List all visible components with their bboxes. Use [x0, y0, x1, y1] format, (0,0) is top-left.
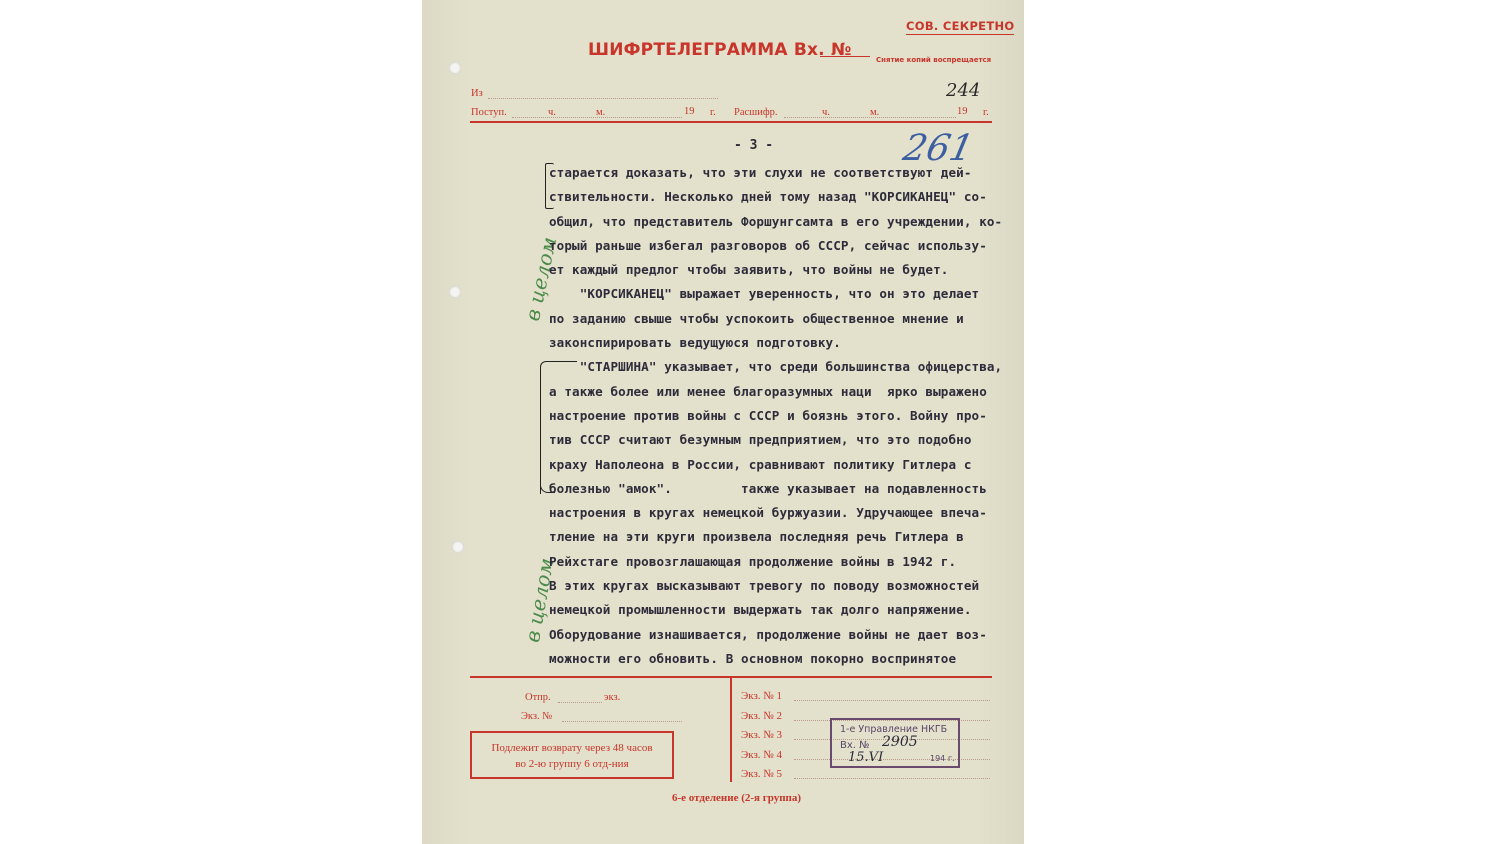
body-line: настроение против войны с СССР и боязнь …: [549, 404, 1029, 428]
body-line: Рейхстаге провозглашающая продолжение во…: [549, 550, 1029, 574]
body-line: ет каждый предлог чтобы заявить, что вой…: [549, 258, 1029, 282]
body-line: старается доказать, что эти слухи не соо…: [549, 161, 1029, 185]
copy-line: [794, 778, 990, 779]
received-label: Поступ.: [471, 107, 507, 118]
registry-stamp: 1-е Управление НКГБ Вх. № 2905 15.VI 194…: [830, 718, 960, 768]
body-line: ствительности. Несколько дней тому назад…: [549, 185, 1029, 209]
page-number: - 3 -: [734, 138, 773, 153]
body-line: "СТАРШИНА" указывает, что среди большинс…: [549, 355, 1029, 379]
copy-3-label: Экз. № 3: [741, 729, 782, 741]
body-line: по заданию свыше чтобы успокоить обществ…: [549, 307, 1029, 331]
received-year-suffix: г.: [710, 107, 716, 118]
body-line: Оборудование изнашивается, продолжение в…: [549, 623, 1029, 647]
body-line: законспирировать ведущуюся подготовку.: [549, 331, 1029, 355]
received-hour-label: ч.: [548, 107, 556, 118]
deciphered-label: Расшифр.: [734, 107, 778, 118]
title-number-line: [820, 56, 870, 57]
received-year-prefix: 19: [684, 106, 695, 117]
body-line: тление на эти круги произвела последняя …: [549, 525, 1029, 549]
document-title: ШИФРТЕЛЕГРАММА Вх. №: [588, 40, 852, 60]
from-line: [488, 98, 718, 99]
sent-line: [558, 702, 602, 703]
punch-hole: [452, 541, 464, 553]
body-line: В этих кругах высказывают тревогу по пов…: [549, 574, 1029, 598]
copy-no-label: Экз. №: [521, 711, 552, 722]
from-label: Из: [471, 88, 483, 99]
body-line: краху Наполеона в России, сравнивают пол…: [549, 453, 1029, 477]
return-notice-line: Подлежит возврату через 48 часов: [472, 740, 672, 756]
deciphered-year-suffix: г.: [983, 107, 989, 118]
body-line: немецкой промышленности выдержать так до…: [549, 598, 1029, 622]
body-line: болезнью "амок". также указывает на пода…: [549, 477, 1029, 501]
body-line: торый раньше избегал разговоров об СССР,…: [549, 234, 1029, 258]
stamp-date: 15.VI: [848, 750, 883, 765]
header-divider: [470, 121, 992, 123]
copy-4-label: Экз. № 4: [741, 749, 782, 761]
telegram-body: старается доказать, что эти слухи не соо…: [549, 161, 1029, 671]
copy-1-label: Экз. № 1: [741, 690, 782, 702]
deciphered-hour-label: ч.: [822, 107, 830, 118]
sent-label: Отпр.: [525, 692, 551, 703]
punch-hole: [449, 62, 461, 74]
return-notice-line: во 2-ю группу 6 отд-ния: [472, 756, 672, 772]
copies-label: экз.: [604, 692, 620, 703]
handwritten-number: 244: [946, 80, 980, 101]
punch-hole: [449, 286, 461, 298]
copy-5-label: Экз. № 5: [741, 768, 782, 780]
copy-notice: Снятие копий воспрещается: [876, 56, 991, 64]
department-label: 6-е отделение (2-я группа): [672, 792, 801, 804]
stamp-year: 194 г.: [930, 754, 955, 763]
body-line: настроения в кругах немецкой буржуазии. …: [549, 501, 1029, 525]
document-page: СОВ. СЕКРЕТНО ШИФРТЕЛЕГРАММА Вх. № Сняти…: [422, 0, 1024, 844]
classification-label: СОВ. СЕКРЕТНО: [906, 19, 1014, 35]
stamp-number: 2905: [882, 734, 918, 750]
footer-vertical-divider: [730, 678, 732, 782]
body-line: общил, что представитель Форшунгсамта в …: [549, 210, 1029, 234]
return-notice-box: Подлежит возврату через 48 часов во 2-ю …: [470, 731, 674, 779]
body-line: можности его обновить. В основном покорн…: [549, 647, 1029, 671]
copy-line: [794, 700, 990, 701]
copy-no-line: [562, 721, 682, 722]
body-line: тив СССР считают безумным предприятием, …: [549, 428, 1029, 452]
deciphered-year-prefix: 19: [957, 106, 968, 117]
body-line: а также более или менее благоразумных на…: [549, 380, 1029, 404]
copy-2-label: Экз. № 2: [741, 710, 782, 722]
body-line: "КОРСИКАНЕЦ" выражает уверенность, что о…: [549, 282, 1029, 306]
received-minute-label: м.: [596, 107, 605, 118]
deciphered-minute-label: м.: [870, 107, 879, 118]
